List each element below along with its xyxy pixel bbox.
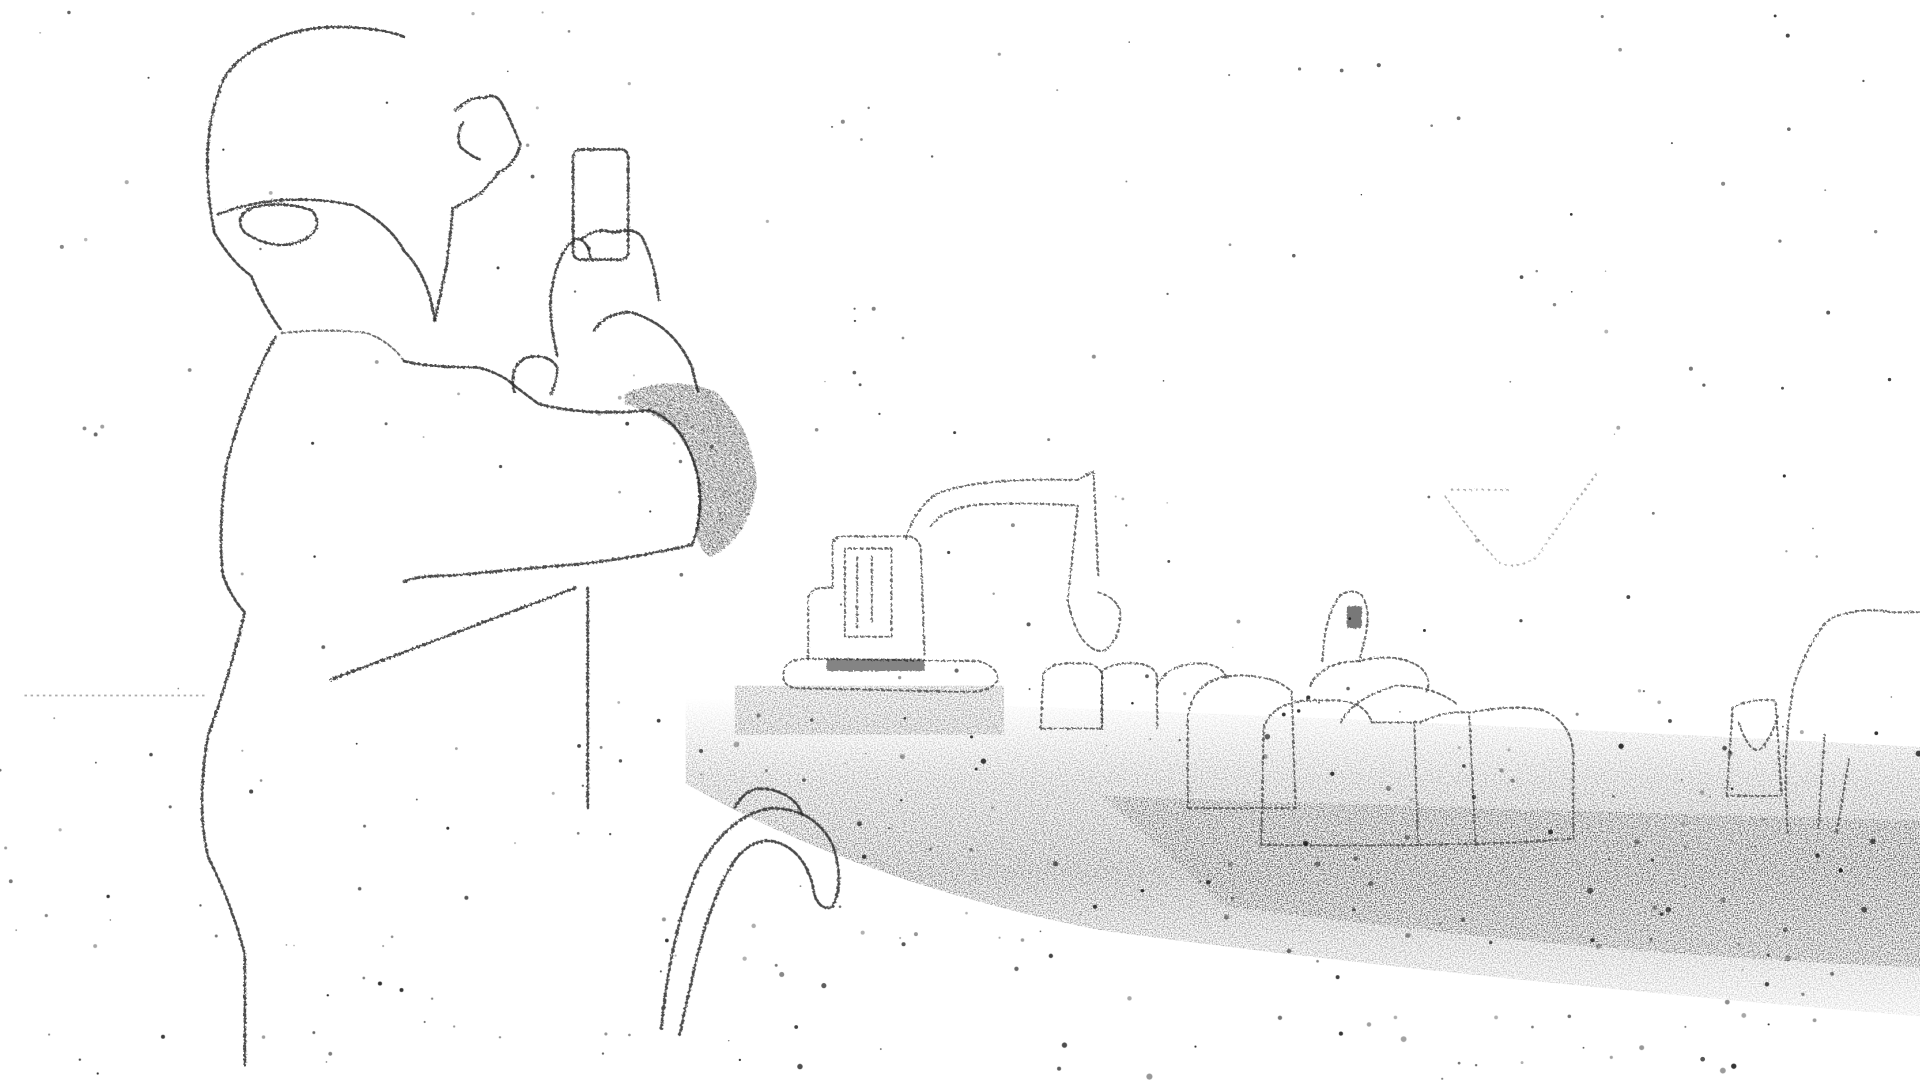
drawing-scene — [0, 0, 1920, 1080]
